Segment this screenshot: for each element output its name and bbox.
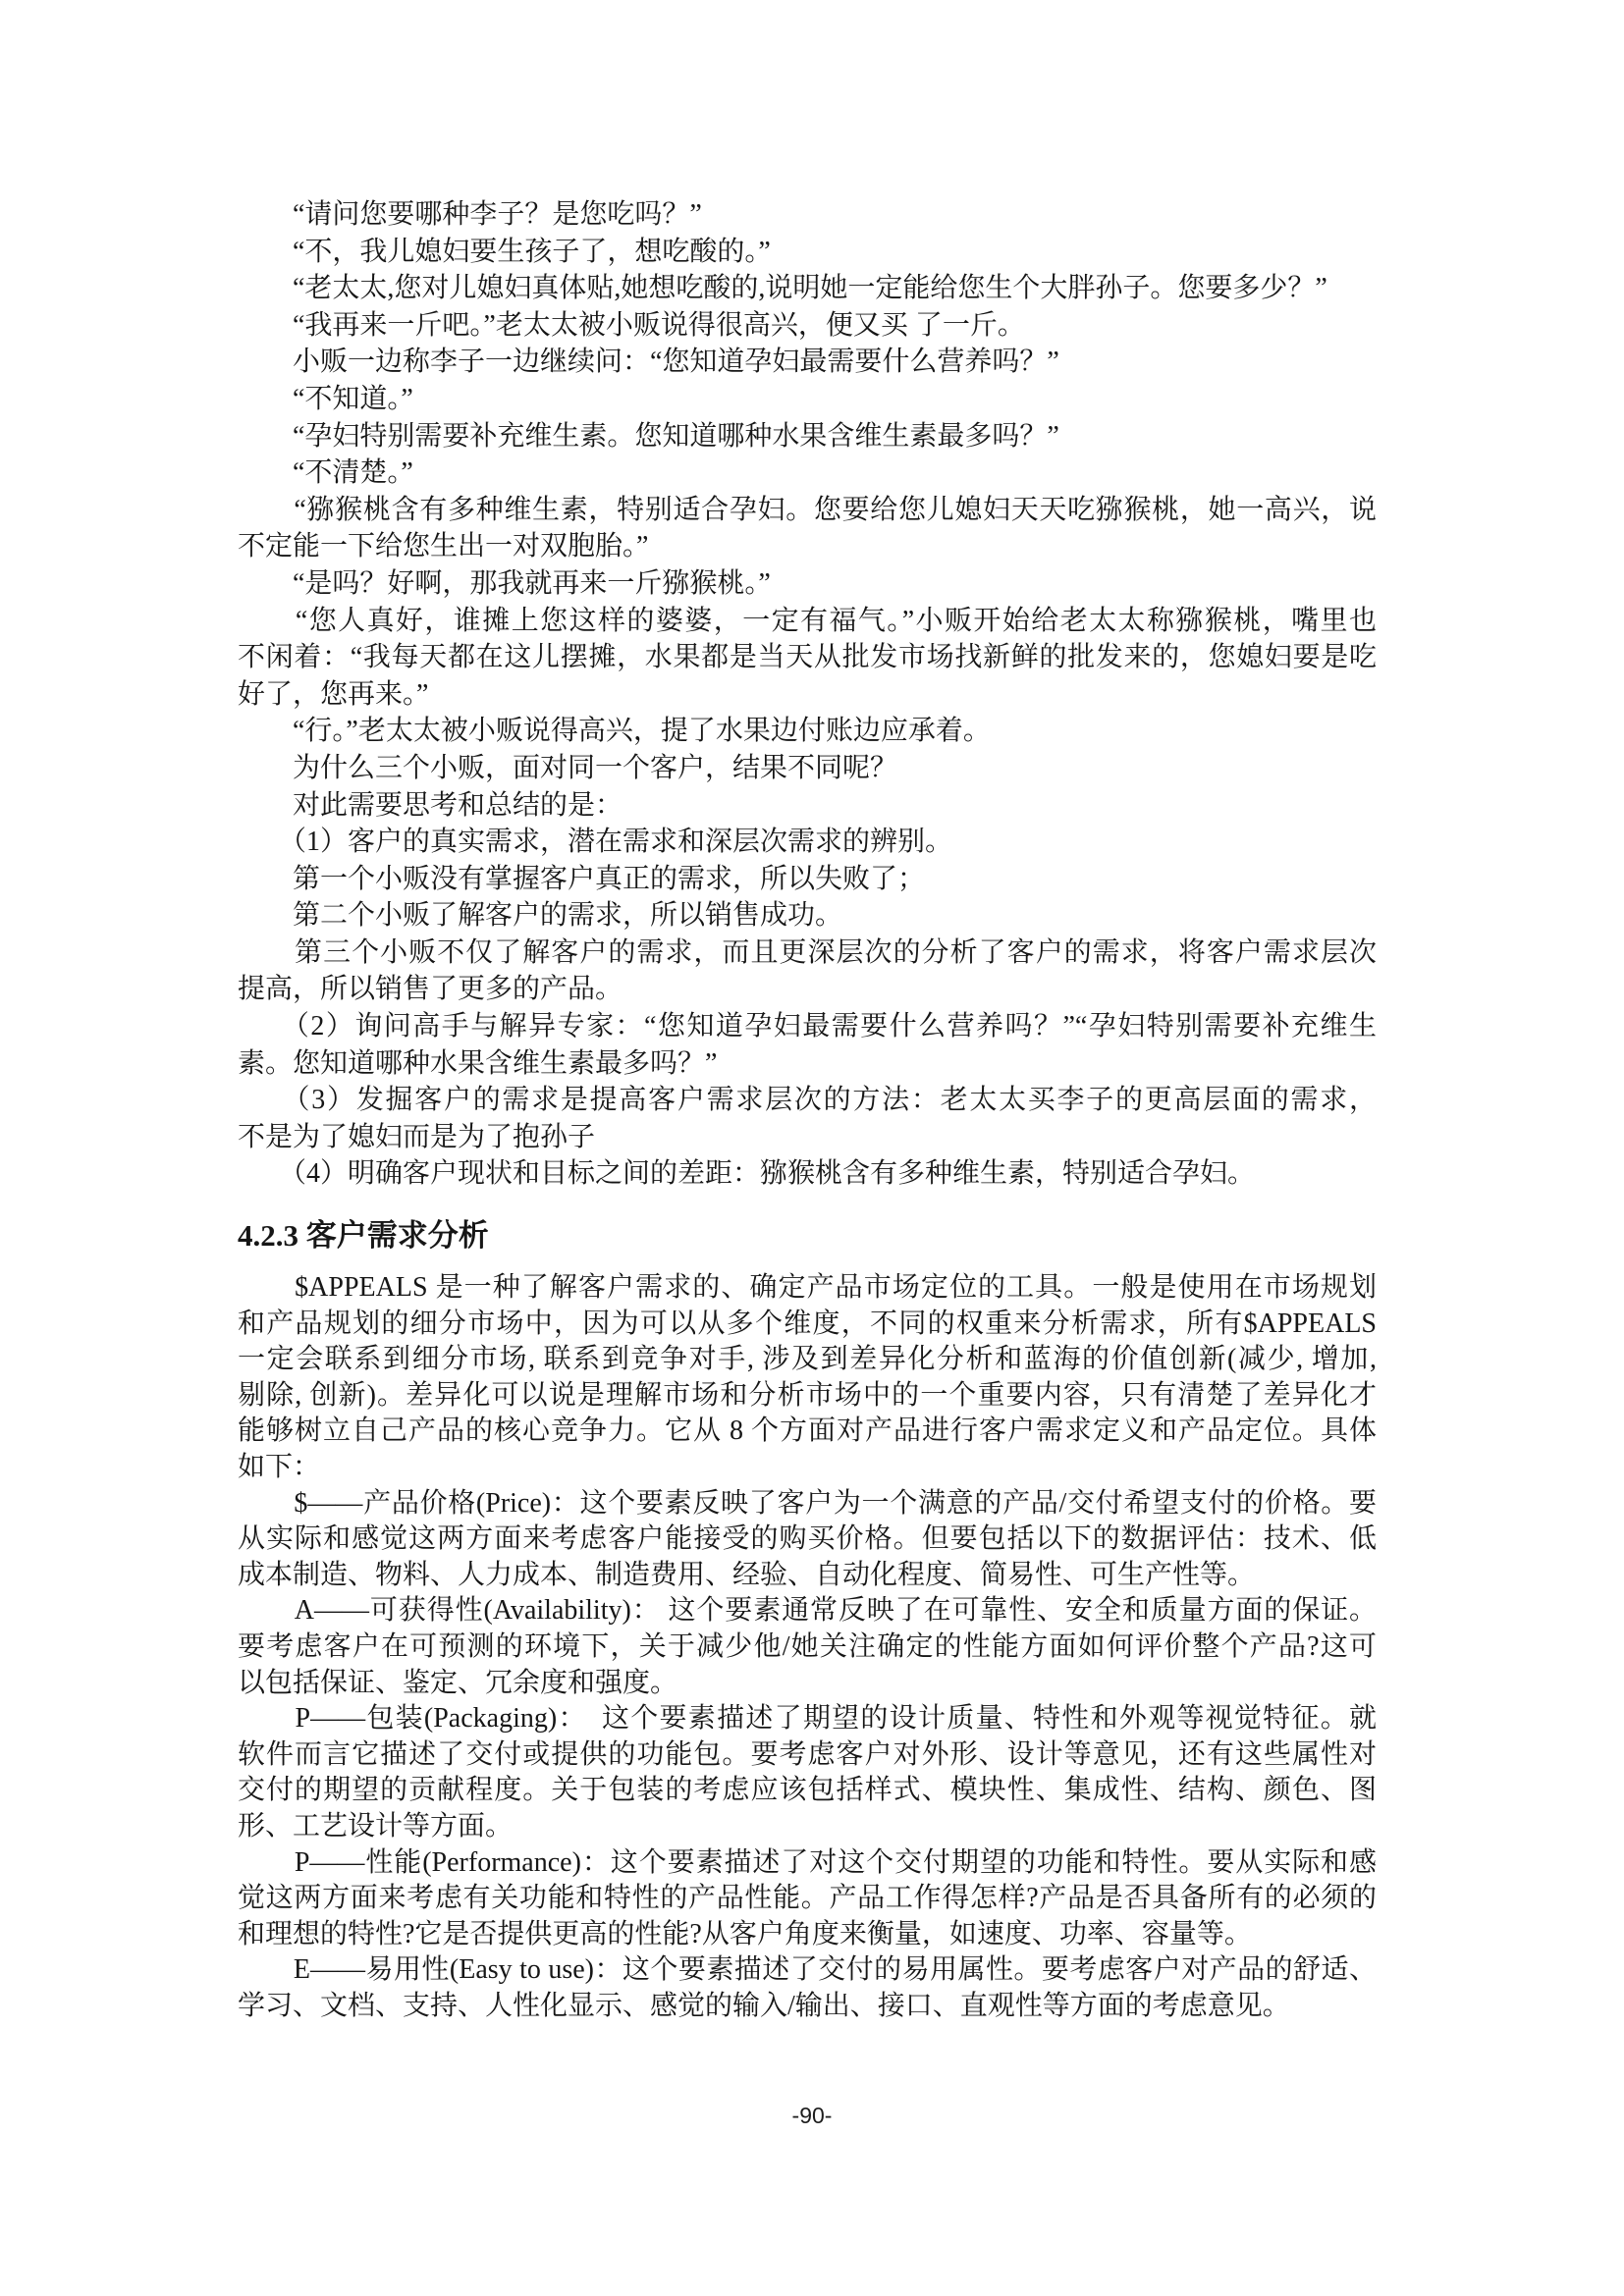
paragraph: $APPEALS 是一种了解客户需求的、确定产品市场定位的工具。一般是使用在市场… bbox=[238, 1270, 1377, 1486]
text-line: P——性能(Performance)：这个要素描述了对这个交付期望的功能和特性。… bbox=[238, 1845, 1377, 1882]
paragraph: “请问您要哪种李子？是您吃吗？” bbox=[238, 196, 1377, 234]
text-line: 第三个小贩不仅了解客户的需求，而且更深层次的分析了客户的需求，将客户需求层次 bbox=[238, 934, 1377, 972]
paragraph: “孕妇特别需要补充维生素。您知道哪种水果含维生素最多吗？” bbox=[238, 418, 1377, 455]
text-line: 提高，所以销售了更多的产品。 bbox=[238, 971, 1377, 1008]
paragraph: E——易用性(Easy to use)：这个要素描述了交付的易用属性。要考虑客户… bbox=[238, 1952, 1377, 2024]
paragraph: 小贩一边称李子一边继续问：“您知道孕妇最需要什么营养吗？” bbox=[238, 344, 1377, 381]
text-line: 要考虑客户在可预测的环境下，关于减少他/她关注确定的性能方面如何评价整个产品?这… bbox=[238, 1629, 1377, 1666]
paragraph: 第三个小贩不仅了解客户的需求，而且更深层次的分析了客户的需求，将客户需求层次提高… bbox=[238, 934, 1377, 1008]
story-section: “请问您要哪种李子？是您吃吗？” “不，我儿媳妇要生孩子了，想吃酸的。” “老太… bbox=[238, 196, 1377, 1193]
paragraph: 第一个小贩没有掌握客户真正的需求，所以失败了； bbox=[238, 861, 1377, 898]
paragraph: “老太太,您对儿媳妇真体贴,她想吃酸的,说明她一定能给您生个大胖孙子。您要多少？… bbox=[238, 270, 1377, 307]
text-line: （4）明确客户现状和目标之间的差距：猕猴桃含有多种维生素，特别适合孕妇。 bbox=[238, 1155, 1377, 1193]
text-line: “请问您要哪种李子？是您吃吗？” bbox=[238, 196, 1377, 234]
paragraph: （1）客户的真实需求，潜在需求和深层次需求的辨别。 bbox=[238, 824, 1377, 861]
paragraph: （2）询问高手与解异专家：“您知道孕妇最需要什么营养吗？”“孕妇特别需要补充维生… bbox=[238, 1008, 1377, 1082]
paragraph: 为什么三个小贩，面对同一个客户，结果不同呢？ bbox=[238, 750, 1377, 787]
analysis-section: $APPEALS 是一种了解客户需求的、确定产品市场定位的工具。一般是使用在市场… bbox=[238, 1270, 1377, 2024]
text-line: “您人真好，谁摊上您这样的婆婆，一定有福气。”小贩开始给老太太称猕猴桃，嘴里也 bbox=[238, 603, 1377, 640]
text-line: 学习、文档、支持、人性化显示、感觉的输入/输出、接口、直观性等方面的考虑意见。 bbox=[238, 1989, 1377, 2025]
paragraph: $——产品价格(Price)：这个要素反映了客户为一个满意的产品/交付希望支付的… bbox=[238, 1486, 1377, 1594]
paragraph: “行。”老太太被小贩说得高兴，提了水果边付账边应承着。 bbox=[238, 713, 1377, 750]
text-line: P——包装(Packaging)： 这个要素描述了期望的设计质量、特性和外观等视… bbox=[238, 1701, 1377, 1737]
text-line: 不闲着：“我每天都在这儿摆摊，水果都是当天从批发市场找新鲜的批发来的，您媳妇要是… bbox=[238, 639, 1377, 676]
text-line: “不，我儿媳妇要生孩子了，想吃酸的。” bbox=[238, 234, 1377, 271]
text-line: 能够树立自己产品的核心竞争力。它从 8 个方面对产品进行客户需求定义和产品定位。… bbox=[238, 1414, 1377, 1450]
text-line: 成本制造、物料、人力成本、制造费用、经验、自动化程度、简易性、可生产性等。 bbox=[238, 1558, 1377, 1594]
text-line: 以包括保证、鉴定、冗余度和强度。 bbox=[238, 1666, 1377, 1702]
paragraph: 对此需要思考和总结的是： bbox=[238, 787, 1377, 825]
text-line: 第一个小贩没有掌握客户真正的需求，所以失败了； bbox=[238, 861, 1377, 898]
text-line: $——产品价格(Price)：这个要素反映了客户为一个满意的产品/交付希望支付的… bbox=[238, 1486, 1377, 1522]
paragraph: “我再来一斤吧。”老太太被小贩说得很高兴，便又买 了一斤。 bbox=[238, 307, 1377, 345]
text-line: 交付的期望的贡献程度。关于包装的考虑应该包括样式、模块性、集成性、结构、颜色、图 bbox=[238, 1773, 1377, 1809]
text-line: 小贩一边称李子一边继续问：“您知道孕妇最需要什么营养吗？” bbox=[238, 344, 1377, 381]
paragraph: “不清楚。” bbox=[238, 454, 1377, 492]
text-line: $APPEALS 是一种了解客户需求的、确定产品市场定位的工具。一般是使用在市场… bbox=[238, 1270, 1377, 1307]
document-page: “请问您要哪种李子？是您吃吗？” “不，我儿媳妇要生孩子了，想吃酸的。” “老太… bbox=[0, 0, 1624, 2296]
text-line: 剔除, 创新)。差异化可以说是理解市场和分析市场中的一个重要内容，只有清楚了差异… bbox=[238, 1378, 1377, 1415]
text-line: “不清楚。” bbox=[238, 454, 1377, 492]
text-line: 不是为了媳妇而是为了抱孙子 bbox=[238, 1119, 1377, 1156]
text-line: （3）发掘客户的需求是提高客户需求层次的方法：老太太买李子的更高层面的需求， bbox=[238, 1082, 1377, 1119]
paragraph: 第二个小贩了解客户的需求，所以销售成功。 bbox=[238, 897, 1377, 934]
paragraph: P——性能(Performance)：这个要素描述了对这个交付期望的功能和特性。… bbox=[238, 1845, 1377, 1953]
paragraph: A——可获得性(Availability)： 这个要素通常反映了在可靠性、安全和… bbox=[238, 1593, 1377, 1701]
text-line: A——可获得性(Availability)： 这个要素通常反映了在可靠性、安全和… bbox=[238, 1593, 1377, 1629]
text-line: （1）客户的真实需求，潜在需求和深层次需求的辨别。 bbox=[238, 824, 1377, 861]
paragraph: （3）发掘客户的需求是提高客户需求层次的方法：老太太买李子的更高层面的需求，不是… bbox=[238, 1082, 1377, 1155]
text-line: 素。您知道哪种水果含维生素最多吗？” bbox=[238, 1045, 1377, 1083]
text-line: “我再来一斤吧。”老太太被小贩说得很高兴，便又买 了一斤。 bbox=[238, 307, 1377, 345]
text-line: “行。”老太太被小贩说得高兴，提了水果边付账边应承着。 bbox=[238, 713, 1377, 750]
text-line: 对此需要思考和总结的是： bbox=[238, 787, 1377, 825]
text-line: 觉这两方面来考虑有关功能和特性的产品性能。产品工作得怎样?产品是否具备所有的必须… bbox=[238, 1881, 1377, 1917]
page-body: “请问您要哪种李子？是您吃吗？” “不，我儿媳妇要生孩子了，想吃酸的。” “老太… bbox=[238, 196, 1377, 2025]
paragraph: “是吗？好啊，那我就再来一斤猕猴桃。” bbox=[238, 565, 1377, 603]
paragraph: P——包装(Packaging)： 这个要素描述了期望的设计质量、特性和外观等视… bbox=[238, 1701, 1377, 1844]
paragraph: （4）明确客户现状和目标之间的差距：猕猴桃含有多种维生素，特别适合孕妇。 bbox=[238, 1155, 1377, 1193]
text-line: E——易用性(Easy to use)：这个要素描述了交付的易用属性。要考虑客户… bbox=[238, 1952, 1377, 1989]
section-heading: 4.2.3 客户需求分析 bbox=[238, 1213, 1377, 1258]
text-line: 如下： bbox=[238, 1450, 1377, 1486]
text-line: 为什么三个小贩，面对同一个客户，结果不同呢？ bbox=[238, 750, 1377, 787]
text-line: “猕猴桃含有多种维生素，特别适合孕妇。您要给您儿媳妇天天吃猕猴桃，她一高兴，说 bbox=[238, 492, 1377, 529]
text-line: 第二个小贩了解客户的需求，所以销售成功。 bbox=[238, 897, 1377, 934]
paragraph: “不知道。” bbox=[238, 381, 1377, 418]
text-line: 不定能一下给您生出一对双胞胎。” bbox=[238, 528, 1377, 565]
text-line: 一定会联系到细分市场, 联系到竞争对手, 涉及到差异化分析和蓝海的价值创新(减少… bbox=[238, 1342, 1377, 1378]
text-line: 好了，您再来。” bbox=[238, 676, 1377, 714]
text-line: “不知道。” bbox=[238, 381, 1377, 418]
text-line: “老太太,您对儿媳妇真体贴,她想吃酸的,说明她一定能给您生个大胖孙子。您要多少？… bbox=[238, 270, 1377, 307]
text-line: “孕妇特别需要补充维生素。您知道哪种水果含维生素最多吗？” bbox=[238, 418, 1377, 455]
page-number: -90- bbox=[0, 2101, 1624, 2130]
paragraph: “您人真好，谁摊上您这样的婆婆，一定有福气。”小贩开始给老太太称猕猴桃，嘴里也不… bbox=[238, 603, 1377, 714]
paragraph: “猕猴桃含有多种维生素，特别适合孕妇。您要给您儿媳妇天天吃猕猴桃，她一高兴，说不… bbox=[238, 492, 1377, 565]
paragraph: “不，我儿媳妇要生孩子了，想吃酸的。” bbox=[238, 234, 1377, 271]
text-line: 形、工艺设计等方面。 bbox=[238, 1809, 1377, 1845]
text-line: “是吗？好啊，那我就再来一斤猕猴桃。” bbox=[238, 565, 1377, 603]
text-line: 从实际和感觉这两方面来考虑客户能接受的购买价格。但要包括以下的数据评估：技术、低 bbox=[238, 1522, 1377, 1558]
text-line: （2）询问高手与解异专家：“您知道孕妇最需要什么营养吗？”“孕妇特别需要补充维生 bbox=[238, 1008, 1377, 1045]
text-line: 软件而言它描述了交付或提供的功能包。要考虑客户对外形、设计等意见，还有这些属性对 bbox=[238, 1737, 1377, 1774]
text-line: 和理想的特性?它是否提供更高的性能?从客户角度来衡量，如速度、功率、容量等。 bbox=[238, 1917, 1377, 1953]
text-line: 和产品规划的细分市场中，因为可以从多个维度，不同的权重来分析需求，所有$APPE… bbox=[238, 1307, 1377, 1343]
